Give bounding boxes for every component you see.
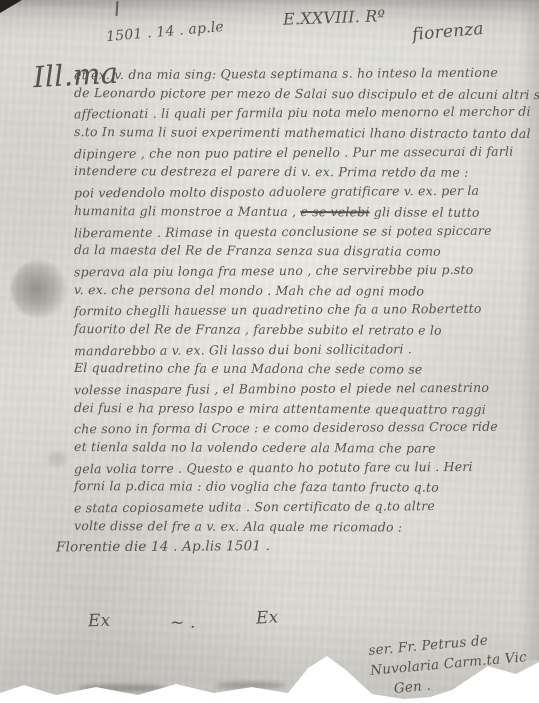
manuscript-line: che sono in forma di Croce : e como desi… [74,417,514,439]
text-after-strikethrough: gli disse el tutto [370,204,480,219]
manuscript-line: sperava ala piu longa fra mese uno , che… [74,260,514,282]
manuscript-line: s.to In suma li suoi experimenti mathema… [74,122,514,144]
manuscript-line: et ex. v. dna mia sing: Questa septimana… [74,63,514,85]
manuscript-line: poi vedendolo molto disposto aduolere gr… [74,181,514,203]
text-before-strikethrough: humanita gli monstroe a Mantua , [74,203,300,219]
edge-smudge [455,687,515,694]
manuscript-line: volte disse del fre a v. ex. Ala quale m… [74,516,514,538]
manuscript-line: affectionati . li quali per farmila piu … [74,102,514,124]
manuscript-line: intendere cu destreza el parere di v. ex… [74,161,514,183]
postscript-ex-left: Ex [88,611,111,632]
postscript-ex-right: Ex [255,607,278,628]
edge-smudge [215,682,285,689]
pen-tick-mark [115,1,118,16]
edge-smudge [78,684,168,692]
manuscript-line: et tienla salda no la volendo cedere ala… [74,437,514,459]
corner-mark [0,0,22,13]
manuscript-line: volesse inaspare fusi , el Bambino posto… [74,378,514,400]
manuscript-line: formito cheglli hauesse un quadretino ch… [74,299,514,321]
seal-stain [11,260,67,318]
manuscript-line-with-correction: humanita gli monstroe a Mantua , e se ve… [74,201,514,223]
manuscript-line: fauorito del Re de Franza , farebbe subi… [74,319,514,341]
scanned-letter: E.XXVIII. Rº 1501 . 14 . ap.le fiorenza … [0,0,539,703]
manuscript-line: v. ex. che persona del mondo . Mah che a… [74,280,514,302]
paper-smudge [48,452,66,466]
signature-block: ser. Fr. Petrus de Nuvolaria Carm.ta Vic… [368,627,530,700]
manuscript-line: da la maesta del Re de Franza senza sua … [74,240,514,262]
manuscript-line: liberamente . Rimase in questa conclusio… [74,220,514,242]
paper-sheet: E.XXVIII. Rº 1501 . 14 . ap.le fiorenza … [0,0,539,703]
manuscript-line: El quadretino che fa e una Madona che se… [74,358,514,380]
date-annotation: 1501 . 14 . ap.le [106,19,225,45]
manuscript-line: forni la p.dica mia : dio voglia che faz… [74,476,514,498]
manuscript-line: e stata copiosamete udita . Son certific… [74,496,514,518]
dateline: Florentie die 14 . Ap.lis 1501 . [56,535,514,557]
manuscript-line: mandarebbo a v. ex. Gli lasso dui boni s… [74,338,514,360]
postscript-tilde: ~ . [170,613,196,633]
archival-number: E.XXVIII. Rº [283,6,386,29]
strikethrough-text: e se velebi [300,204,369,219]
letter-body: et ex. v. dna mia sing: Questa septimana… [74,64,514,556]
place-annotation: fiorenza [411,19,484,45]
